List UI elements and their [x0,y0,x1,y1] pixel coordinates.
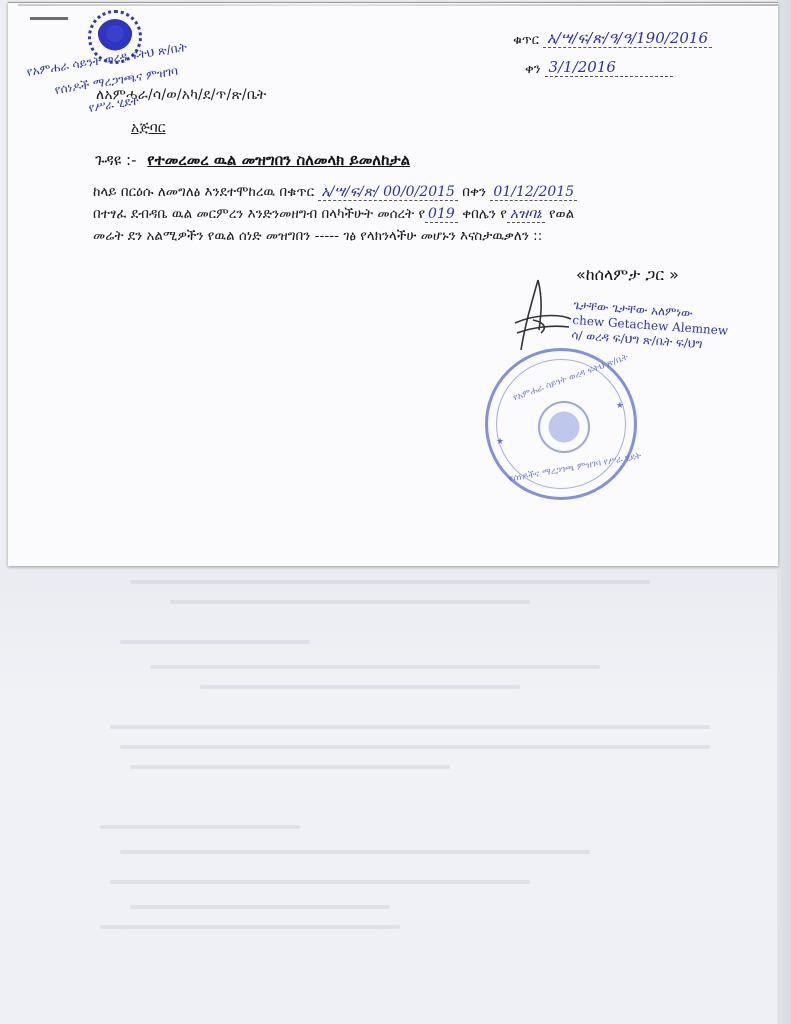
faded-text-line [130,765,450,769]
faded-text-line [200,685,520,689]
body-text-segment: ቀበሌን የ [462,206,507,222]
seal-emblem-icon [538,401,590,453]
subject-title: የተመረመረ ዉል መዝግበን ስለመላክ ይመለከታል [147,151,410,169]
letter-sheet: የአምሐራ ሳይንት ወረዳ ፍትህ ጽ/ቤት የሰነዶች ማረጋገጫና ምዝገ… [8,2,778,566]
referenced-letter-date: 01/12/2015 [490,184,577,201]
faded-text-line [130,580,650,584]
body-text-segment: በተፃፈ ደብዳቤ ዉል መርምረን እንድንመዘግብ በላካችሁት መሰረት … [93,206,425,222]
body-text-segment: ገፅ የላክንላችሁ መሆኑን እናስታዉቃለን :: [343,228,542,244]
reference-date-row: ቀን 3/1/2016 [525,58,712,77]
referenced-letter-number: አ/ሣ/ፍ/ጽ/ 00/0/2015 [318,184,458,201]
signatory-stamp: ጌታቸው ጌታቸው አለምነው chew Getachew Alemnew ሳ/… [571,298,730,354]
subject-label: ጉዳዩ :- [95,151,137,169]
location-name: አዝባኔ [507,206,545,223]
body-text-segment: በቀን [462,184,486,200]
paper-crease [18,4,778,6]
faded-text-line [170,600,530,604]
body-line-1: ከላይ በርዕሱ ለመግለፅ እንደተሞከረዉ በቁጥር አ/ሣ/ፍ/ጽ/ 00… [93,181,743,203]
body-text-segment: መሬት ደን አልሚዎችን የዉል ሰነድ መዝግበን [93,228,310,244]
reference-number-label: ቁጥር [513,33,539,48]
faded-text-line [150,665,600,669]
subject-line: ጉዳዩ :- የተመረመረ ዉል መዝግበን ስለመላክ ይመለከታል [95,151,410,169]
reference-number-row: ቁጥር አ/ሣ/ፍ/ጽ/ዓ/ዓ/190/2016 [513,29,712,48]
faded-text-line [120,850,590,854]
reference-date-label: ቀን [525,62,541,77]
signature-icon [513,275,573,355]
recipient-name: አጅባር [131,120,165,136]
page-count-blank: ----- [315,228,339,244]
faded-text-line [120,640,310,644]
kebele-number: 019 [425,206,458,223]
underlying-page [0,560,791,1024]
body-text-segment: ከላይ በርዕሱ ለመግለፅ እንደተሞከረዉ በቁጥር [93,184,314,200]
letter-body: ከላይ በርዕሱ ለመግለፅ እንደተሞከረዉ በቁጥር አ/ሣ/ፍ/ጽ/ 00… [93,181,743,247]
reference-number-value: አ/ሣ/ፍ/ጽ/ዓ/ዓ/190/2016 [543,29,712,48]
star-icon: ★ [496,437,504,447]
body-line-2: በተፃፈ ደብዳቤ ዉል መርምረን እንድንመዘግብ በላካችሁት መሰረት … [93,203,743,225]
body-line-3: መሬት ደን አልሚዎችን የዉል ሰነድ መዝግበን ----- ገፅ የላክ… [93,225,743,247]
scanner-edge [777,0,791,1024]
closing-salutation: «ከሰላምታ ጋር » [576,265,679,285]
faded-text-line [100,825,300,829]
reference-block: ቁጥር አ/ሣ/ፍ/ጽ/ዓ/ዓ/190/2016 ቀን 3/1/2016 [513,29,712,87]
star-icon: ★ [616,401,624,411]
faded-text-line [100,925,400,929]
faded-text-line [130,905,390,909]
organization-name: ለአምሓራ/ሳ/ወ/አካ/ደ/ጥ/ጽ/ቤት [96,87,266,103]
pen-mark [30,17,68,20]
body-text-segment: የወል [549,206,574,222]
faded-text-line [120,745,710,749]
official-seal: የአምሐራ ሳይንት ወረዳ ፍትህ ጽ/ቤት ★ ★ የሰነዶችና ማረጋገጫ… [485,348,637,500]
faded-text-line [110,880,530,884]
faded-text-line [110,725,710,729]
reference-date-value: 3/1/2016 [545,58,673,77]
